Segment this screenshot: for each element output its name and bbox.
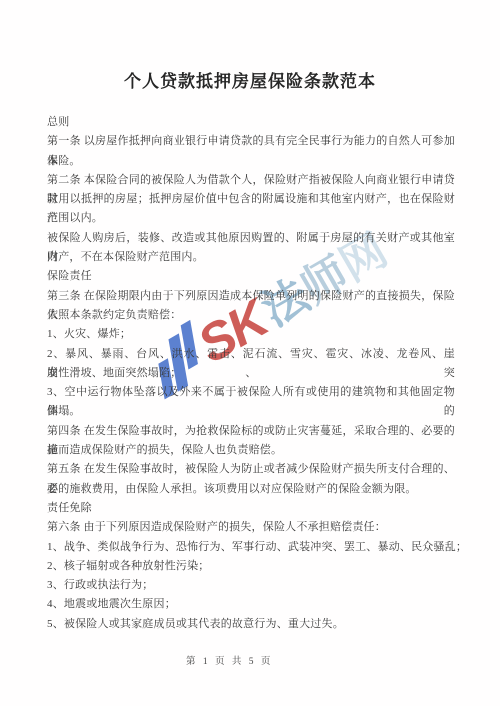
text-line: 4、地震或地震次生原因； bbox=[47, 595, 455, 614]
text-line: 2、暴风、暴雨、台风、洪水、雷击、泥石流、雪灾、雹灾、冰凌、龙卷风、崖崩、突 bbox=[47, 345, 455, 364]
text-line: 第一条 以房屋作抵押向商业银行申请贷款的具有完全民事行为能力的自然人可参加本 bbox=[47, 132, 455, 151]
page-title: 个人贷款抵押房屋保险条款范本 bbox=[0, 67, 500, 92]
text-line: 5、被保险人或其家庭成员或其代表的故意行为、重大过失。 bbox=[47, 615, 455, 634]
text-line: 保险。 bbox=[47, 152, 455, 171]
text-line: 第六条 由于下列原因造成保险财产的损失，保险人不承担赔偿责任： bbox=[47, 518, 455, 537]
text-line: 第三条 在保险期限内由于下列原因造成本保险单列明的保险财产的直接损失，保险人 bbox=[47, 287, 455, 306]
text-line: 第四条 在发生保险事故时，为抢救保险标的或防止灾害蔓延，采取合理的、必要的措 bbox=[47, 422, 455, 441]
text-line: 第二条 本保险合同的被保险人为借款个人，保险财产指被保险人向商业银行申请贷款 bbox=[47, 171, 455, 190]
text-line: 财产，不在本保险财产范围内。 bbox=[47, 248, 455, 267]
text-line: 3、行政或执法行为； bbox=[47, 576, 455, 595]
document-body: 总则第一条 以房屋作抵押向商业银行申请贷款的具有完全民事行为能力的自然人可参加本… bbox=[47, 113, 455, 634]
text-line: 2、核子辐射或各种放射性污染； bbox=[47, 557, 455, 576]
text-line: 被保险人购房后，装修、改造或其他原因购置的、附属于房屋的有关财产或其他室内 bbox=[47, 229, 455, 248]
text-line: 要的施救费用，由保险人承担。该项费用以对应保险财产的保险金额为限。 bbox=[47, 480, 455, 499]
text-line: 依照本条款约定负责赔偿： bbox=[47, 306, 455, 325]
text-line: 3、空中运行物体坠落以及外来不属于被保险人所有或使用的建筑物和其他固定物体的 bbox=[47, 383, 455, 402]
document-page: 个人贷款抵押房屋保险条款范本 SK 法 师 网 总则第一条 以房屋作抵押向商业银… bbox=[0, 0, 500, 706]
text-line: 时用以抵押的房屋；抵押房屋价值中包含的附属设施和其他室内财产，也在保险财产 bbox=[47, 190, 455, 209]
text-line: 保险责任 bbox=[47, 267, 455, 286]
text-line: 责任免除 bbox=[47, 499, 455, 518]
text-line: 总则 bbox=[47, 113, 455, 132]
text-line: 第五条 在发生保险事故时，被保险人为防止或者减少保险财产损失所支付合理的、必 bbox=[47, 460, 455, 479]
page-number: 第 1 页 共 5 页 bbox=[186, 653, 273, 667]
text-line: 1、战争、类似战争行为、恐怖行为、军事行动、武装冲突、罢工、暴动、民众骚乱； bbox=[47, 538, 455, 557]
text-line: 施而造成保险财产的损失，保险人也负责赔偿。 bbox=[47, 441, 455, 460]
text-line: 1、火灾、爆炸； bbox=[47, 325, 455, 344]
text-line: 范围以内。 bbox=[47, 209, 455, 228]
